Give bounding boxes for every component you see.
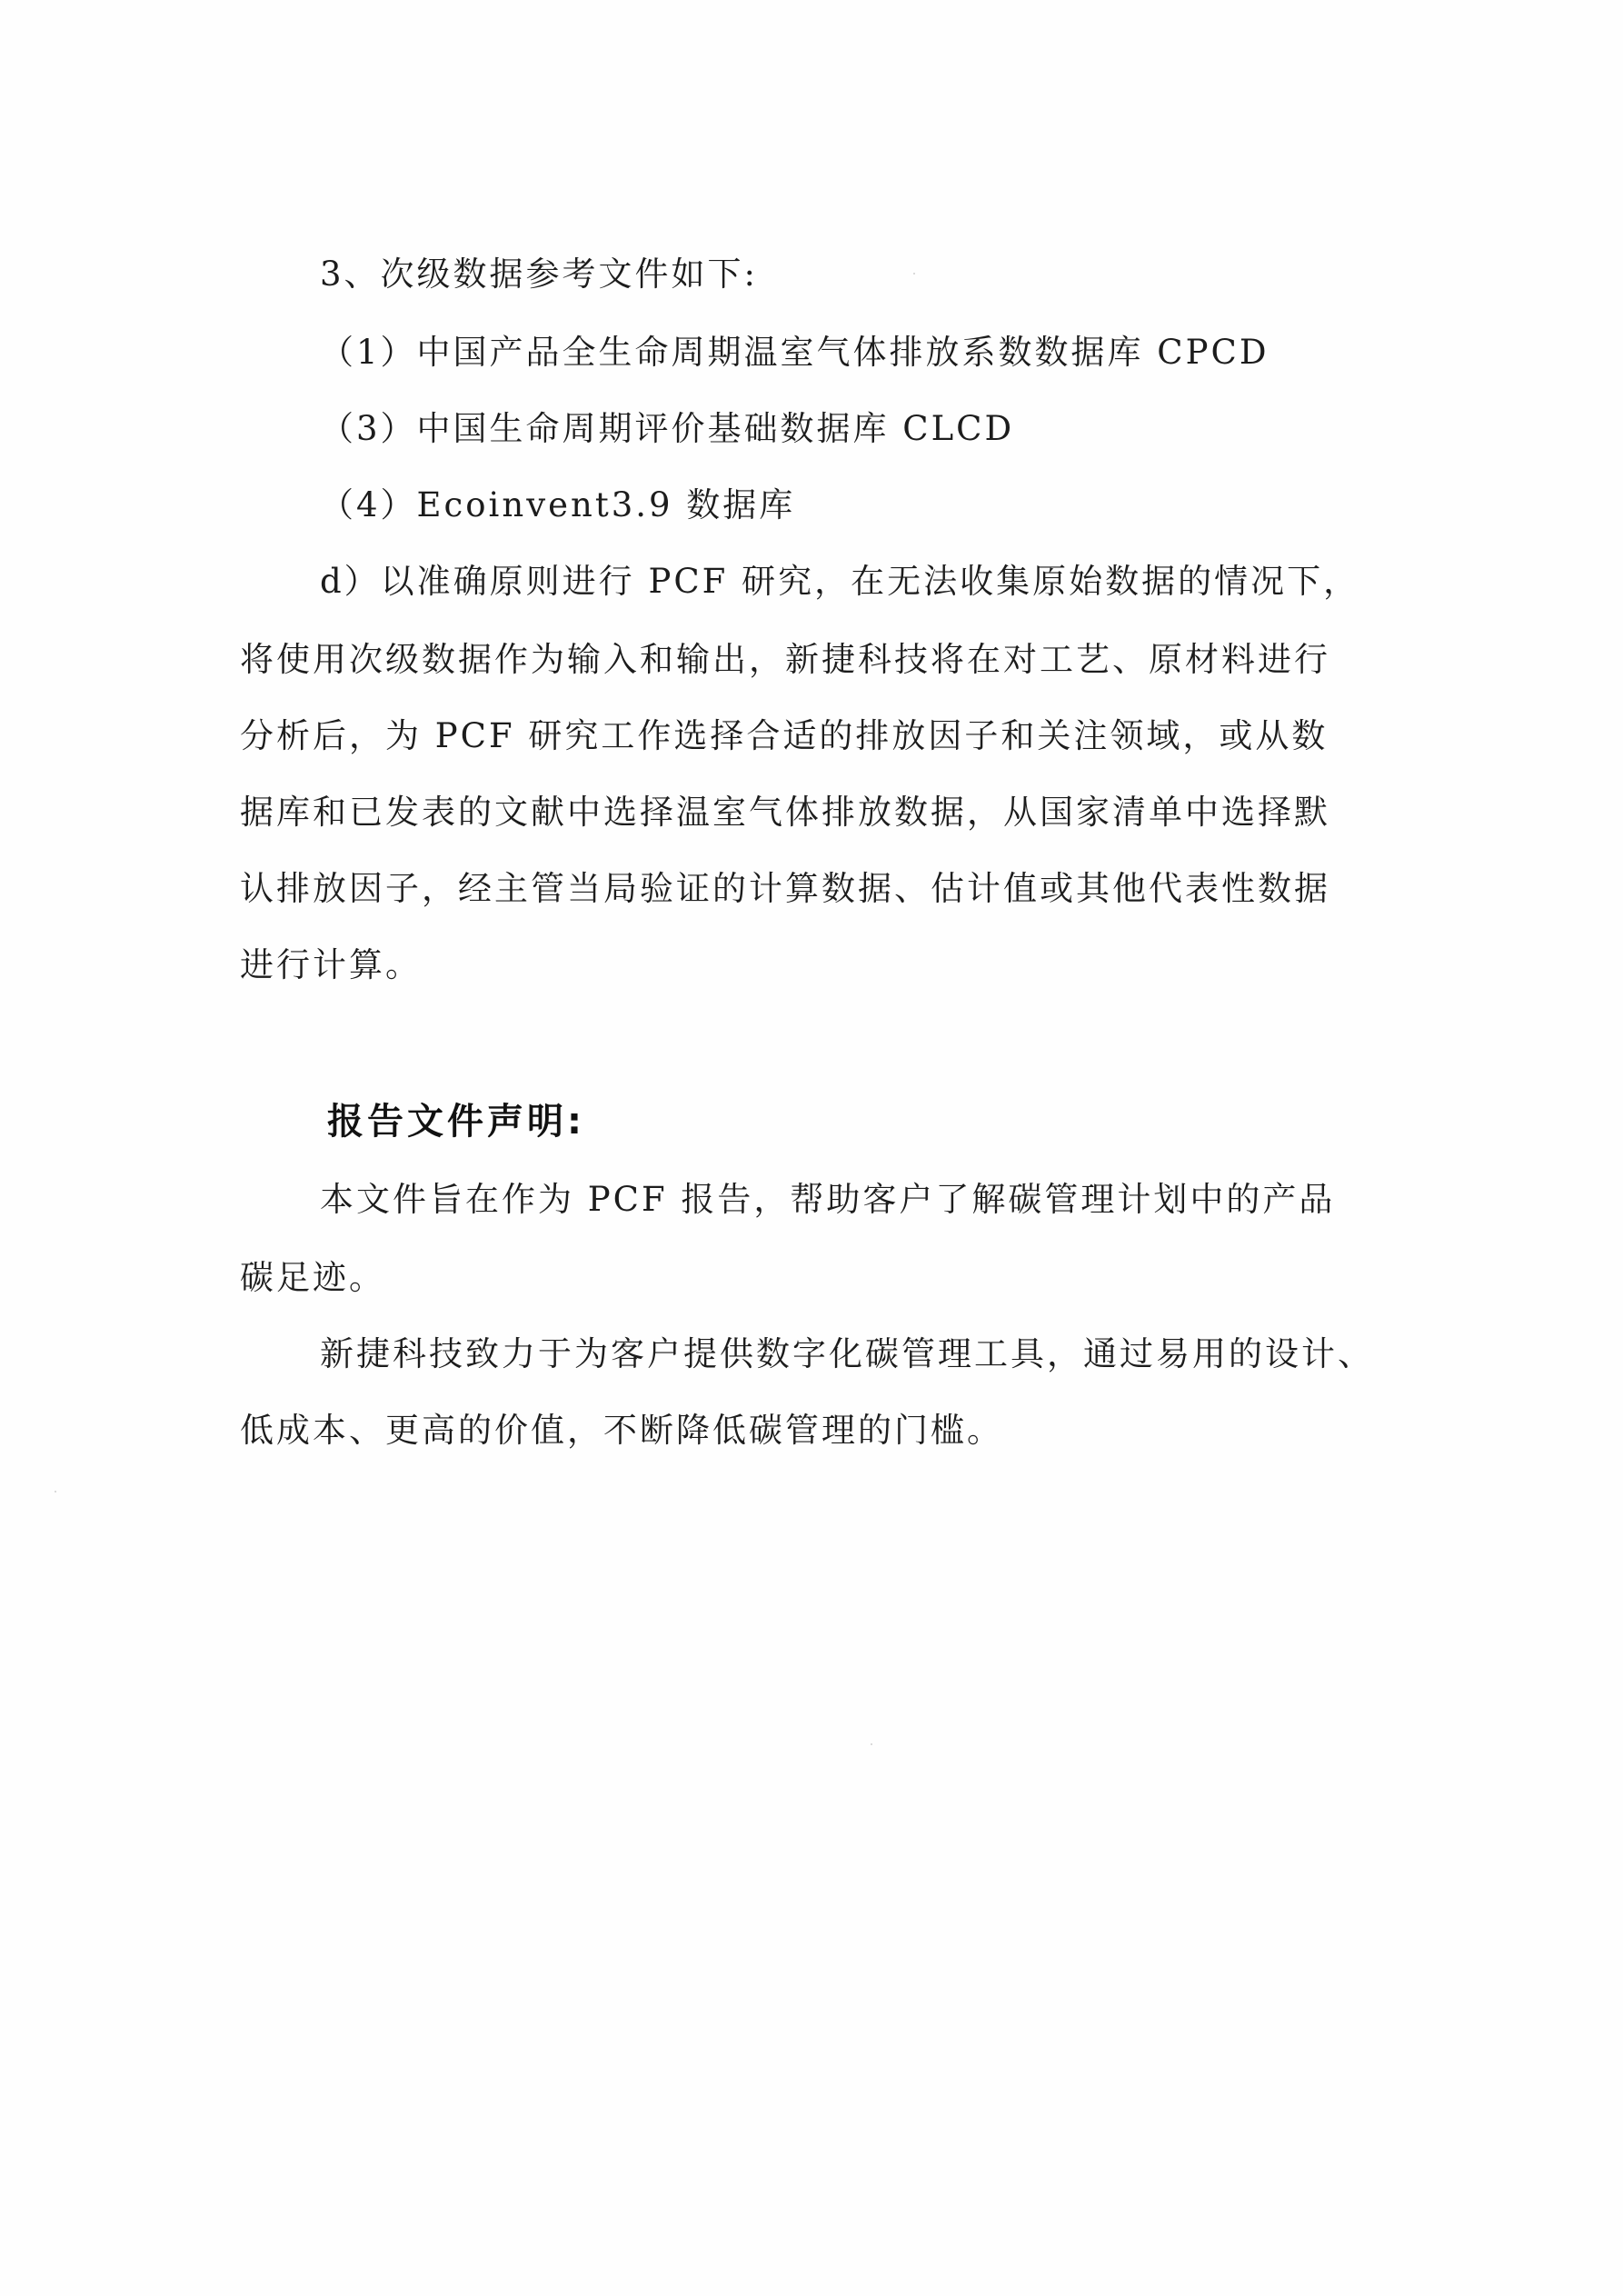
reference-item-3: （3）中国生命周期评价基础数据库 CLCD	[320, 407, 1014, 451]
paragraph-d-line-5: 认排放因子，经主管当局验证的计算数据、估计值或其他代表性数据	[240, 867, 1330, 911]
paragraph-d-line-2: 将使用次级数据作为输入和输出，新捷科技将在对工艺、原材料进行	[240, 638, 1330, 682]
scan-speck	[871, 1743, 872, 1745]
scan-speck	[55, 1491, 56, 1492]
reference-item-4: （4）Ecoinvent3.9 数据库	[320, 484, 795, 527]
scan-speck	[913, 273, 915, 275]
declaration-heading: 报告文件声明:	[327, 1098, 585, 1145]
declaration-paragraph-1-line-2: 碳足迹。	[240, 1256, 385, 1300]
paragraph-d-line-6: 进行计算。	[240, 943, 422, 987]
paragraph-d-line-4: 据库和已发表的文献中选择温室气体排放数据，从国家清单中选择默	[240, 791, 1330, 834]
reference-item-1: （1）中国产品全生命周期温室气体排放系数数据库 CPCD	[320, 331, 1269, 374]
section-3-title: 3、次级数据参考文件如下:	[320, 253, 758, 296]
declaration-paragraph-2-line-1: 新捷科技致力于为客户提供数字化碳管理工具，通过易用的设计、	[320, 1333, 1374, 1376]
declaration-paragraph-2-line-2: 低成本、更高的价值，不断降低碳管理的门槛。	[240, 1409, 1003, 1452]
document-page: 3、次级数据参考文件如下: （1）中国产品全生命周期温室气体排放系数数据库 CP…	[0, 0, 1623, 2296]
paragraph-d-line-3: 分析后，为 PCF 研究工作选择合适的排放因子和关注领域，或从数	[240, 714, 1328, 758]
declaration-paragraph-1-line-1: 本文件旨在作为 PCF 报告，帮助客户了解碳管理计划中的产品	[320, 1178, 1335, 1222]
paragraph-d-line-1: d）以准确原则进行 PCF 研究，在无法收集原始数据的情况下，	[320, 560, 1359, 604]
